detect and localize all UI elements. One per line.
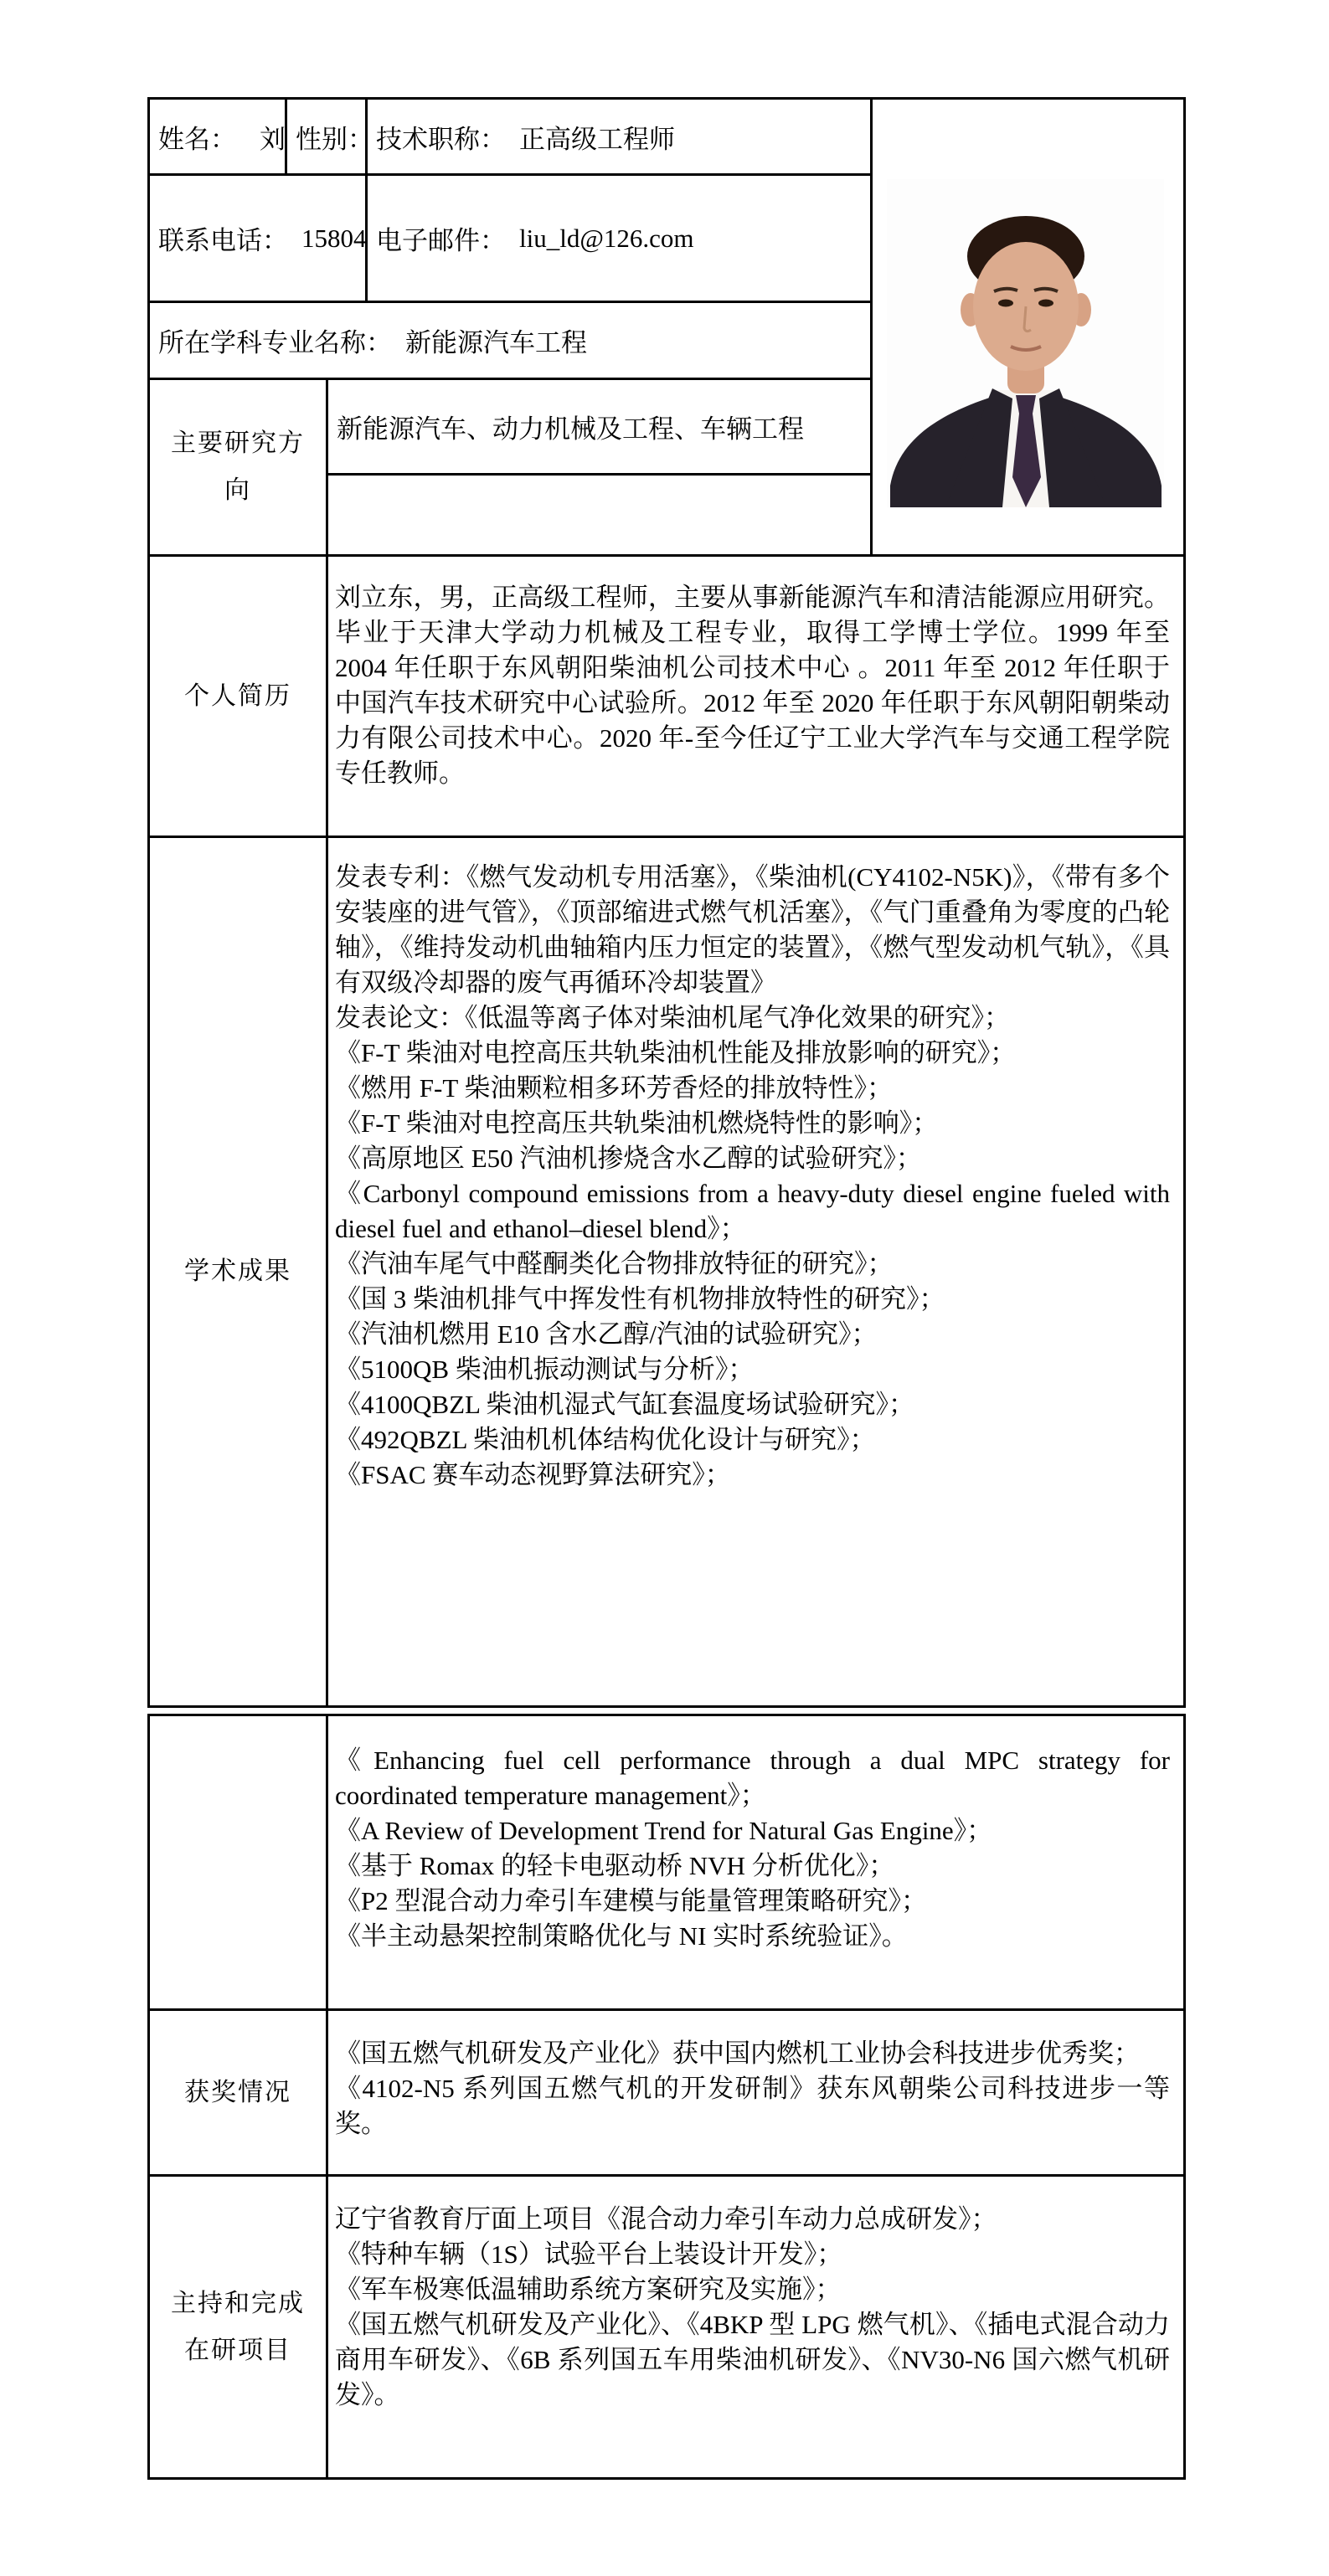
paper-item: 《汽油机燃用 E10 含水乙醇/汽油的试验研究》； (335, 1317, 1170, 1352)
achievements-content-cell: 发表专利：《燃气发动机专用活塞》，《柴油机(CY4102-N5K)》，《带有多个… (326, 836, 1186, 1708)
paper-item: 《汽油车尾气中醛酮类化合物排放特征的研究》； (335, 1247, 1170, 1282)
paper-item: 《燃用 F-T 柴油颗粒相多环芳香烃的排放特性》； (335, 1071, 1170, 1106)
resume-sheet: 姓名： 刘立东 性别： 男 技术职称： 正高级工程师 (0, 0, 1329, 2576)
paper-item: 发表论文：《低温等离子体对柴油机尾气净化效果的研究》； (335, 1000, 1170, 1036)
achievements-continued-content-cell: 《Enhancing fuel cell performance through… (326, 1714, 1186, 2011)
discipline-cell: 所在学科专业名称： 新能源汽车工程 (147, 301, 873, 380)
paper-item: 《A Review of Development Trend for Natur… (335, 1813, 1170, 1848)
patents-paragraph: 发表专利：《燃气发动机专用活塞》，《柴油机(CY4102-N5K)》，《带有多个… (335, 860, 1170, 1000)
paper-item: 《Enhancing fuel cell performance through… (335, 1743, 1170, 1813)
awards-label: 获奖情况 (184, 2070, 291, 2116)
award-item: 《4102-N5 系列国五燃气机的开发研制》获东风朝柴公司科技进步一等奖。 (335, 2071, 1170, 2142)
awards-label-cell: 获奖情况 (147, 2008, 328, 2177)
paper-item: 《高原地区 E50 汽油机掺烧含水乙醇的试验研究》； (335, 1141, 1170, 1176)
project-item: 《特种车辆（1S）试验平台上装设计开发》； (335, 2237, 1170, 2272)
paper-item: 《P2 型混合动力牵引车建模与能量管理策略研究》； (335, 1884, 1170, 1919)
paper-item: 《F-T 柴油对电控高压共轨柴油机燃烧特性的影响》； (335, 1106, 1170, 1141)
bio-label-cell: 个人简历 (147, 554, 328, 838)
title-cell: 技术职称： 正高级工程师 (365, 97, 873, 176)
discipline-label: 所在学科专业名称： (158, 321, 392, 359)
research-direction-label: 主要研究方向 (169, 420, 307, 514)
paper-item: 《F-T 柴油对电控高压共轨柴油机性能及排放影响的研究》； (335, 1036, 1170, 1071)
phone-value: 15804930212 (301, 224, 368, 254)
title-label: 技术职称： (376, 118, 506, 156)
paper-item: 《半主动悬架控制策略优化与 NI 实时系统验证》。 (335, 1919, 1170, 1954)
awards-content-cell: 《国五燃气机研发及产业化》获中国内燃机工业协会科技进步优秀奖； 《4102-N5… (326, 2008, 1186, 2177)
profile-photo (887, 179, 1164, 507)
award-item: 《国五燃气机研发及产业化》获中国内燃机工业协会科技进步优秀奖； (335, 2036, 1170, 2071)
achievements-label: 学术成果 (184, 1248, 291, 1295)
project-item: 《国五燃气机研发及产业化》、《4BKP 型 LPG 燃气机》、《插电式混合动力商… (335, 2307, 1170, 2413)
gender-cell: 性别： 男 (285, 97, 368, 176)
research-direction-content: 新能源汽车、动力机械及工程、车辆工程 (337, 408, 804, 445)
email-label: 电子邮件： (376, 219, 506, 257)
paper-item: 《492QBZL 柴油机机体结构优化设计与研究》； (335, 1422, 1170, 1458)
email-cell: 电子邮件： liu_ld@126.com (365, 173, 873, 303)
title-value: 正高级工程师 (519, 118, 675, 156)
paper-item: 《国 3 柴油机排气中挥发性有机物排放特性的研究》； (335, 1282, 1170, 1317)
projects-content-cell: 辽宁省教育厅面上项目《混合动力牵引车动力总成研发》； 《特种车辆（1S）试验平台… (326, 2174, 1186, 2480)
paper-item: 《4100QBZL 柴油机湿式气缸套温度场试验研究》； (335, 1387, 1170, 1422)
achievements-continued-label-cell (147, 1714, 328, 2011)
bio-content-cell: 刘立东，男，正高级工程师，主要从事新能源汽车和清洁能源应用研究。毕业于天津大学动… (326, 554, 1186, 838)
research-direction-empty-cell (326, 473, 873, 557)
name-value: 刘立东 (260, 118, 287, 156)
paper-item: 《FSAC 赛车动态视野算法研究》； (335, 1458, 1170, 1493)
phone-cell: 联系电话： 15804930212 (147, 173, 368, 303)
gender-label: 性别： (296, 118, 368, 156)
projects-label-cell: 主持和完成在研项目 (147, 2174, 328, 2480)
bio-content: 刘立东，男，正高级工程师，主要从事新能源汽车和清洁能源应用研究。毕业于天津大学动… (335, 580, 1170, 791)
project-item: 辽宁省教育厅面上项目《混合动力牵引车动力总成研发》； (335, 2202, 1170, 2237)
research-direction-content-cell: 新能源汽车、动力机械及工程、车辆工程 (326, 378, 873, 476)
bio-label: 个人简历 (184, 673, 291, 720)
discipline-value: 新能源汽车工程 (405, 321, 587, 359)
photo-cell (870, 97, 1186, 557)
paper-item: 《基于 Romax 的轻卡电驱动桥 NVH 分析优化》； (335, 1848, 1170, 1884)
email-value: liu_ld@126.com (519, 224, 694, 254)
paper-item: 《5100QB 柴油机振动测试与分析》； (335, 1352, 1170, 1387)
name-cell: 姓名： 刘立东 (147, 97, 287, 176)
projects-label: 主持和完成在研项目 (169, 2280, 307, 2374)
achievements-label-cell: 学术成果 (147, 836, 328, 1708)
research-direction-label-cell: 主要研究方向 (147, 378, 328, 557)
project-item: 《军车极寒低温辅助系统方案研究及实施》； (335, 2272, 1170, 2307)
paper-item: 《Carbonyl compound emissions from a heav… (335, 1176, 1170, 1247)
name-label: 姓名： (158, 118, 236, 156)
phone-label: 联系电话： (158, 219, 288, 257)
